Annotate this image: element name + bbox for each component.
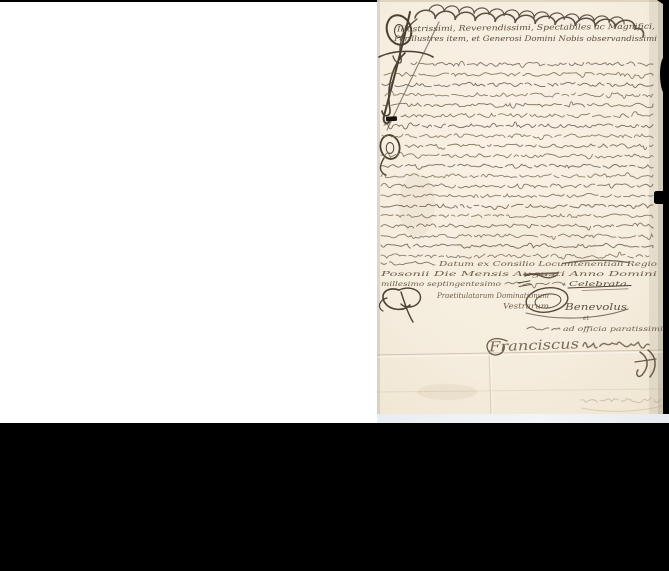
dateline-line2: Posonii Die Mensis Augusti Anno Domini bbox=[379, 270, 657, 278]
closing-pretitle-line1: Praetitulatarum Dominationum bbox=[436, 291, 549, 300]
scan-edge-band bbox=[377, 414, 669, 423]
manuscript-photo: Illustrissimi, Reverendissimi, Spectabil… bbox=[377, 0, 669, 423]
dateline-line3-underlined: Celebrata bbox=[569, 280, 627, 288]
bottom-letterbox bbox=[0, 423, 669, 571]
closing-officia: ad officia paratissimi bbox=[563, 325, 663, 333]
right-edge-notch bbox=[654, 191, 669, 204]
dateline-line3-left: millesimo septingentesimo bbox=[381, 280, 501, 288]
closing-pretitle-line2: Vestrarum bbox=[503, 302, 549, 311]
salutation-line2: Perillustres item, et Generosi Domini No… bbox=[393, 34, 658, 43]
manuscript-svg: Illustrissimi, Reverendissimi, Spectabil… bbox=[377, 0, 669, 423]
top-border-line bbox=[0, 0, 377, 2]
dateline-line1: Datum ex Consilio Locumtenentiali Regio bbox=[437, 260, 657, 268]
signature-given-name: Franciscus bbox=[488, 336, 580, 355]
closing-valediction: Benevolus bbox=[564, 302, 627, 313]
closing-conjunction: et bbox=[583, 315, 590, 322]
screenshot-canvas: Illustrissimi, Reverendissimi, Spectabil… bbox=[0, 0, 669, 571]
censor-dash bbox=[386, 116, 397, 121]
